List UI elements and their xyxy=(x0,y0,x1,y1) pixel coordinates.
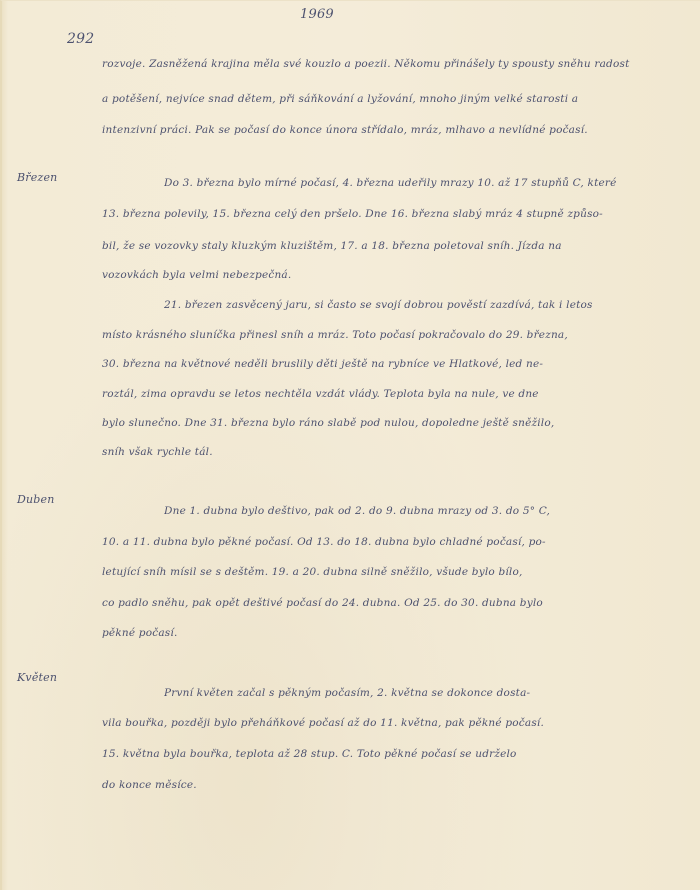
entry-line: vila bouřka, později bylo přeháňkové poč… xyxy=(102,715,662,731)
entry-line: 30. března na květnové neděli bruslily d… xyxy=(102,356,662,372)
entry-line: co padlo sněhu, pak opět deštivé počasí … xyxy=(102,595,662,611)
entry-line: vozovkách byla velmi nebezpečná. xyxy=(102,267,662,283)
entry-line: letující sníh mísil se s deštěm. 19. a 2… xyxy=(102,564,662,580)
page-number: 292 xyxy=(67,31,94,47)
entry-line: 15. května byla bouřka, teplota až 28 st… xyxy=(102,746,662,762)
intro-line: a potěšení, nejvíce snad dětem, při sáňk… xyxy=(102,91,662,107)
entry-line: místo krásného sluníčka přinesl sníh a m… xyxy=(102,327,662,343)
month-label-kveten: Květen xyxy=(17,671,57,684)
entry-line: První květen začal s pěkným počasím, 2. … xyxy=(164,685,662,701)
entry-line: 13. března polevily, 15. března celý den… xyxy=(102,206,662,222)
entry-line: Dne 1. dubna bylo deštivo, pak od 2. do … xyxy=(164,503,662,519)
entry-line: do konce měsíce. xyxy=(102,777,662,793)
month-label-brezen: Březen xyxy=(17,171,57,184)
month-label-duben: Duben xyxy=(17,493,55,506)
entry-line: 21. březen zasvěcený jaru, si často se s… xyxy=(164,297,662,313)
entry-line: roztál, zima opravdu se letos nechtěla v… xyxy=(102,386,662,402)
entry-line: pěkné počasí. xyxy=(102,625,662,641)
page-year-heading: 1969 xyxy=(300,7,334,22)
entry-line: sníh však rychle tál. xyxy=(102,444,662,460)
entry-line: 10. a 11. dubna bylo pěkné počasí. Od 13… xyxy=(102,534,662,550)
intro-line: intenzivní práci. Pak se počasí do konce… xyxy=(102,122,662,138)
entry-line: Do 3. března bylo mírné počasí, 4. březn… xyxy=(164,175,662,191)
entry-line: bil, že se vozovky staly kluzkým kluzišt… xyxy=(102,238,662,254)
intro-line: rozvoje. Zasněžená krajina měla své kouz… xyxy=(102,56,662,72)
handwritten-chronicle-page: 1969 292 rozvoje. Zasněžená krajina měla… xyxy=(0,0,700,890)
entry-line: bylo slunečno. Dne 31. března bylo ráno … xyxy=(102,415,662,431)
